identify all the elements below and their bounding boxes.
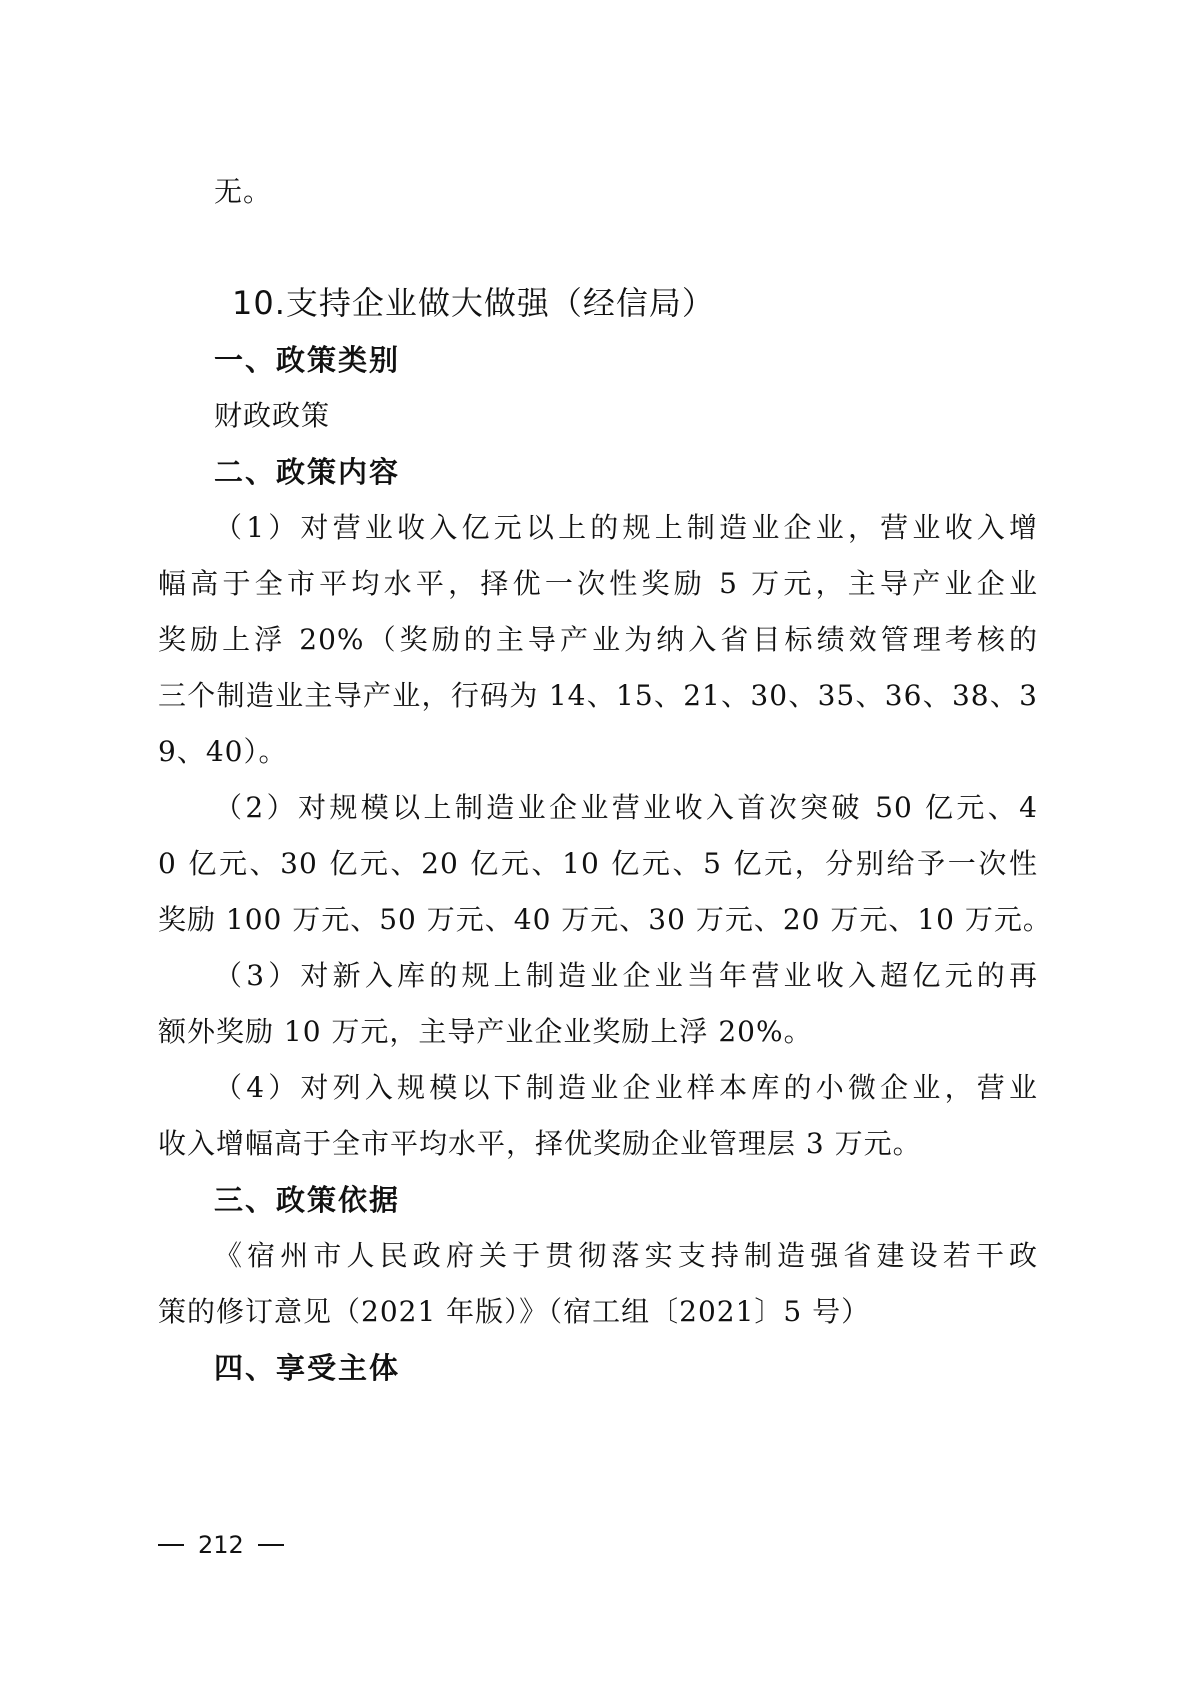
heading-beneficiary: 四、享受主体 (214, 1348, 400, 1388)
content-item-3-line: 额外奖励 10 万元，主导产业企业奖励上浮 20%。 (158, 1012, 1038, 1052)
page-number: 212 (198, 1530, 244, 1560)
content-item-3-line: （3）对新入库的规上制造业企业当年营业收入超亿元的再 (214, 956, 1038, 996)
content-item-2-line: 0 亿元、30 亿元、20 亿元、10 亿元、5 亿元，分别给予一次性 (158, 844, 1038, 884)
content-item-4-line: 收入增幅高于全市平均水平，择优奖励企业管理层 3 万元。 (158, 1124, 1038, 1164)
dash-right (258, 1544, 284, 1546)
policy-basis-line: 策的修订意见（2021 年版）》（宿工组〔2021〕5 号） (158, 1292, 1038, 1332)
section-title: 10.支持企业做大做强（经信局） (232, 283, 715, 323)
page-number-footer: 212 (158, 1530, 284, 1560)
content-item-2-line: （2）对规模以上制造业企业营业收入首次突破 50 亿元、4 (214, 788, 1038, 828)
heading-policy-category: 一、政策类别 (214, 340, 400, 380)
content-item-1-line: 奖励上浮 20%（奖励的主导产业为纳入省目标绩效管理考核的 (158, 620, 1038, 660)
previous-section-tail: 无。 (214, 172, 272, 212)
content-item-1-line: 9、40）。 (158, 732, 1038, 772)
heading-policy-basis: 三、政策依据 (214, 1180, 400, 1220)
content-item-4-line: （4）对列入规模以下制造业企业样本库的小微企业，营业 (214, 1068, 1038, 1108)
policy-basis-line: 《宿州市人民政府关于贯彻落实支持制造强省建设若干政 (214, 1236, 1038, 1276)
content-item-1-line: 幅高于全市平均水平，择优一次性奖励 5 万元，主导产业企业 (158, 564, 1038, 604)
content-item-2-line: 奖励 100 万元、50 万元、40 万元、30 万元、20 万元、10 万元。 (158, 900, 1038, 940)
policy-category-value: 财政政策 (214, 396, 330, 436)
content-item-1-line: 三个制造业主导产业，行码为 14、15、21、30、35、36、38、3 (158, 676, 1038, 716)
content-item-1-line: （1）对营业收入亿元以上的规上制造业企业，营业收入增 (214, 508, 1038, 548)
dash-left (158, 1544, 184, 1546)
document-page: 无。 10.支持企业做大做强（经信局） 一、政策类别 财政政策 二、政策内容 （… (0, 0, 1190, 1683)
heading-policy-content: 二、政策内容 (214, 452, 400, 492)
